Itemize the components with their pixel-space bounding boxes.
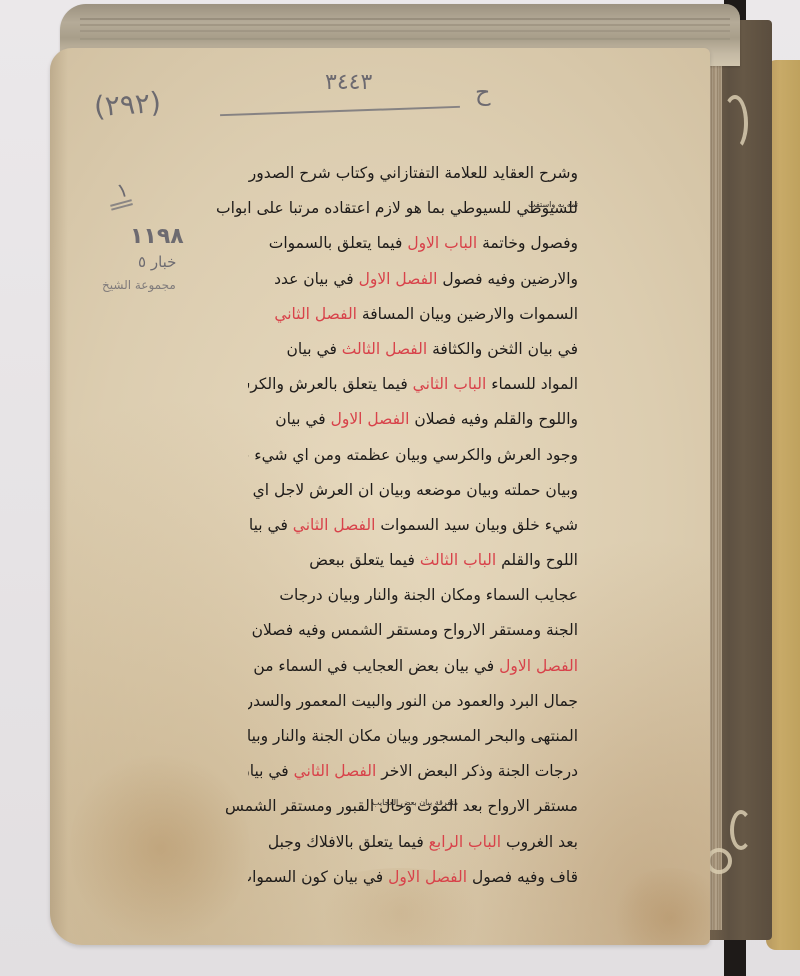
manuscript-line: اللوح والقلم الباب الثالث فيما يتعلق ببع… [248,543,578,578]
shelfmark-underline [220,106,460,116]
body-text: وبيان حملته وبيان موضعه وبيان ان العرش ل… [253,481,578,499]
rubric-heading: الفصل الاول [388,868,467,886]
body-text: فيما يتعلق بالسموات [269,234,408,252]
body-text: في بيان الثخن والكثافة [427,340,578,358]
body-text: عجايب السماء ومكان الجنة والنار وبيان در… [279,586,578,604]
rubric-heading: الباب الاول [407,234,477,252]
manuscript-text-block: وشرح العقايد للعلامة التفتازاني وكتاب شر… [248,156,578,895]
body-text: وشرح العقايد للعلامة التفتازاني وكتاب شر… [249,164,578,182]
interlinear-note: تمه به واستفت [528,187,578,222]
body-text: وجود العرش والكرسي وبيان عظمته ومن اي شي… [248,446,578,464]
rubric-heading: الفصل الثالث [342,340,427,358]
manuscript-line: المنتهى والبحر المسجور وبيان مكان الجنة … [248,719,578,754]
body-text: درجات الجنة وذكر البعض الاخر [376,762,578,780]
manuscript-line: للسيوطي للسيوطي بما هو لازم اعتقاده مرتب… [248,191,578,226]
manuscript-line: واللوح والقلم وفيه فصلان الفصل الاول في … [248,402,578,437]
interlinear-note: متفرقة بيان بعض العجايب [372,785,458,820]
collection-stamp: مجموعة الشيخ [102,278,176,292]
manuscript-line: وبيان حملته وبيان موضعه وبيان ان العرش ل… [248,473,578,508]
manuscript-line: عجايب السماء ومكان الجنة والنار وبيان در… [248,578,578,613]
body-text: فيما يتعلق ببعض [309,551,420,569]
rubric-heading: الباب الرابع [429,833,501,851]
body-text: واللوح والقلم وفيه فصلان [409,410,578,428]
sewing-thread-top [722,95,748,151]
body-text: جمال البرد والعمود من النور والبيت المعم… [248,692,578,710]
sewing-thread-middle [730,810,752,850]
manuscript-line: وفصول وخاتمة الباب الاول فيما يتعلق بالس… [248,226,578,261]
body-text: المنتهى والبحر المسجور وبيان مكان الجنة … [248,727,578,745]
water-stain [610,868,710,945]
shelfmark-parenthetical: (٢٩٢) [93,86,162,124]
rubric-heading: الفصل الاول [499,657,578,675]
body-text: في بيان كون السموات [248,868,388,886]
body-text: للسيوطي للسيوطي بما هو لازم اعتقاده مرتب… [216,199,578,217]
rubric-heading: الباب الثاني [413,375,487,393]
body-text: بعد الغروب [501,833,578,851]
manuscript-line: بعد الغروب الباب الرابع فيما يتعلق بالاف… [248,825,578,860]
body-text: في بيان عدد [274,270,359,288]
manuscript-line: وجود العرش والكرسي وبيان عظمته ومن اي شي… [248,438,578,473]
manuscript-line: والارضين وفيه فصول الفصل الاول في بيان ع… [248,262,578,297]
body-text: وفصول وخاتمة [477,234,578,252]
manuscript-line: جمال البرد والعمود من النور والبيت المعم… [248,684,578,719]
body-text: في بيان [248,762,294,780]
shelfmark-prefix: ح [475,78,491,106]
rubric-heading: الفصل الثاني [294,762,377,780]
body-text: فيما يتعلق بالعرش والكرسي [248,375,413,393]
manuscript-line: في بيان الثخن والكثافة الفصل الثالث في ب… [248,332,578,367]
manuscript-line: شيء خلق وبيان سيد السموات الفصل الثاني ف… [248,508,578,543]
body-text: فيما يتعلق بالافلاك وجبل [268,833,429,851]
manuscript-line: المواد للسماء الباب الثاني فيما يتعلق با… [248,367,578,402]
body-text: السموات والارضين وبيان المسافة [357,305,578,323]
rubric-heading: الفصل الثاني [274,305,357,323]
manuscript-page: (٢٩٢) ٣٤٤٣ ح ١ ١١٩٨ خبار ٥ مجموعة الشيخ … [50,48,710,945]
water-stain [70,748,250,945]
manuscript-line: السموات والارضين وبيان المسافة الفصل الث… [248,297,578,332]
manuscript-line: الجنة ومستقر الارواح ومستقر الشمس وفيه ف… [248,613,578,648]
accession-number: ١١٩٨ [130,224,184,249]
body-text: الجنة ومستقر الارواح ومستقر الشمس وفيه ف… [252,621,578,639]
body-text: في بيان بعض العجايب في السماء من [253,657,499,675]
body-text: في بيان [248,516,293,534]
manuscript-line: درجات الجنة وذكر البعض الاخر الفصل الثان… [248,754,578,789]
body-text: والارضين وفيه فصول [437,270,578,288]
body-text: في بيان [275,410,330,428]
rubric-heading: الفصل الثاني [293,516,376,534]
rubric-heading: الفصل الاول [359,270,438,288]
manuscript-line: الفصل الاول في بيان بعض العجايب في السما… [248,649,578,684]
body-text: المواد للسماء [486,375,578,393]
shelfmark-number: ٣٤٤٣ [325,70,372,95]
body-text: اللوح والقلم [496,551,578,569]
manuscript-line: قاف وفيه فصول الفصل الاول في بيان كون ال… [248,860,578,895]
rubric-heading: الفصل الاول [331,410,410,428]
manuscript-line: وشرح العقايد للعلامة التفتازاني وكتاب شر… [248,156,578,191]
body-text: في بيان [287,340,342,358]
body-text: قاف وفيه فصول [467,868,578,886]
manuscript-line: مستقر الارواح بعد الموت وحال القبور ومست… [248,789,578,824]
rubric-heading: الباب الثالث [420,551,496,569]
body-text: شيء خلق وبيان سيد السموات [375,516,578,534]
accession-subtitle: خبار ٥ [138,253,176,271]
